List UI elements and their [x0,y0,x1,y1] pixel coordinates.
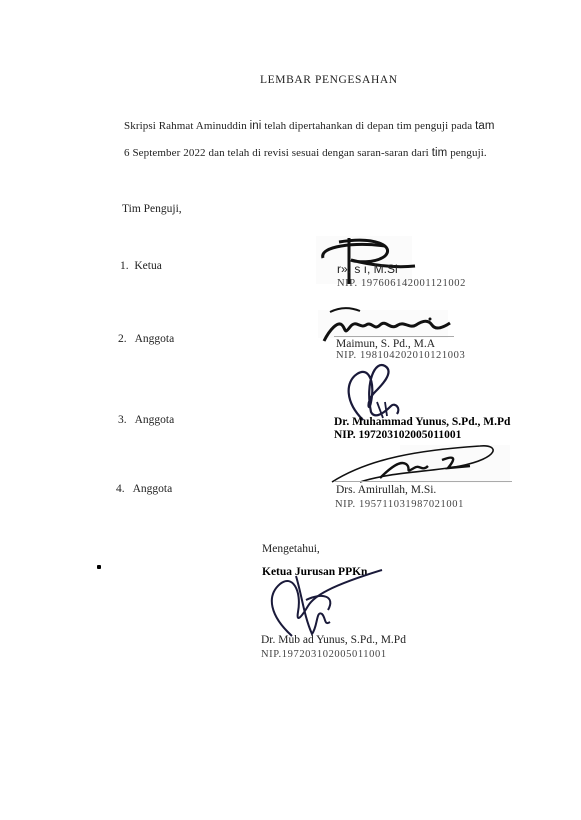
approval-signature-icon [262,566,392,638]
signature-line [334,481,512,482]
document-title: LEMBAR PENGESAHAN [260,74,398,86]
paragraph-line-2: 6 September 2022 dan telah di revisi ses… [124,147,487,159]
examiner-1-nip: NIP. 197606142001121002 [337,278,466,289]
examiner-number: 1. [120,260,129,272]
examiner-2-nip: NIP. 198104202010121003 [336,350,465,361]
examiner-number: 4. [116,483,125,495]
paragraph-text: telah dipertahankan di depan tim penguji… [264,120,472,132]
paragraph-line-1: Skripsi Rahmat Aminuddin ini telah diper… [124,120,495,132]
team-heading: Tim Penguji, [122,203,182,215]
examiner-number: 2. [118,333,127,345]
approval-name: Dr. Mub ad Yunus, S.Pd., M.Pd [261,634,406,646]
examiner-role: Ketua [134,260,161,272]
examiner-role: Anggota [135,333,175,345]
paragraph-text: ini [250,120,262,132]
examiner-3-name: Dr. Muhammad Yunus, S.Pd., M.Pd [334,416,510,428]
paragraph-text: tim [432,147,448,159]
bullet-mark [97,565,101,569]
paragraph-text: tam [475,120,494,132]
paragraph-text: 6 September 2022 dan telah di revisi ses… [124,147,429,159]
examiner-role: Anggota [135,414,175,426]
examiner-4-name: Drs. Amirullah, M.Si. [336,484,436,496]
approval-heading: Mengetahui, [262,543,320,555]
approval-nip: NIP.197203102005011001 [261,649,387,660]
signature-line [334,336,454,337]
examiner-1-name: r». s ı, M.Si [337,262,398,276]
examiner-1-label: 1. Ketua [120,260,162,272]
paragraph-text: penguji. [450,147,487,159]
examiner-number: 3. [118,414,127,426]
examiner-4-nip: NIP. 195711031987021001 [335,499,464,510]
examiner-2-label: 2. Anggota [118,333,174,345]
examiner-4-label: 4. Anggota [116,483,172,495]
paragraph-text: Skripsi Rahmat Aminuddin [124,120,247,132]
signature-3-icon [335,362,435,422]
examiner-2-name: Maimun, S. Pd., M.A [336,338,435,350]
examiner-role: Anggota [133,483,173,495]
examiner-3-label: 3. Anggota [118,414,174,426]
